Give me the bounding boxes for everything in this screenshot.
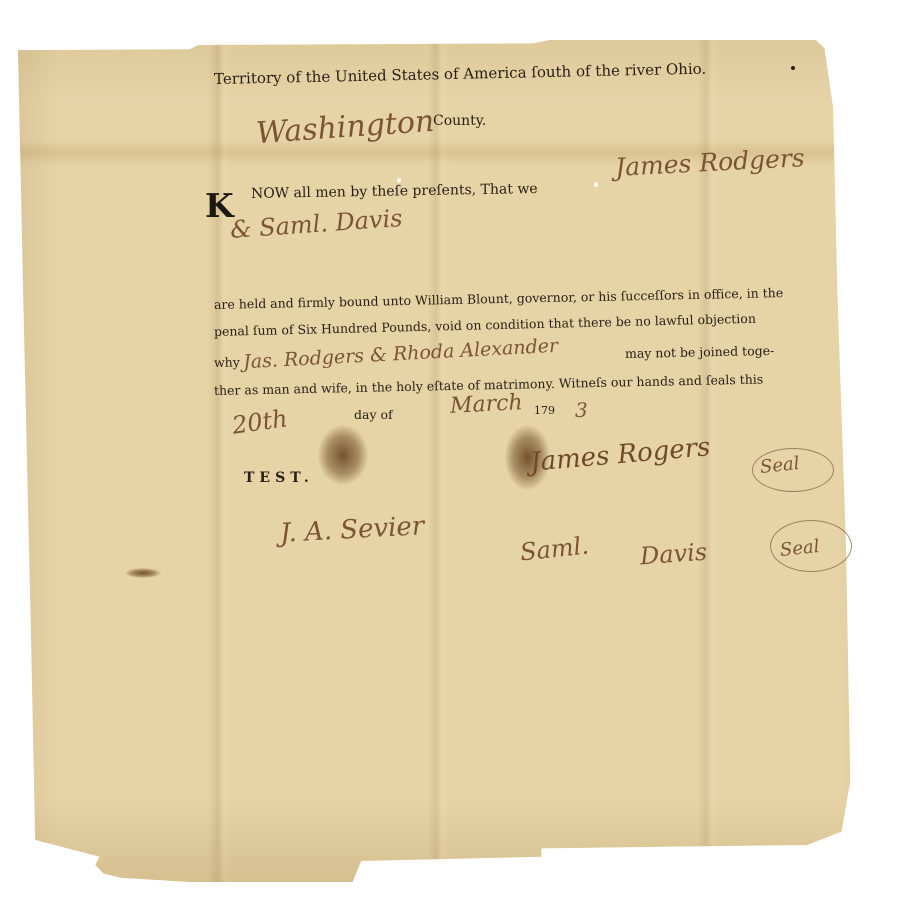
ink-dot [791, 66, 795, 70]
signature-surety-last: Davis [639, 538, 708, 571]
seal-label-1: Seal [759, 453, 800, 478]
ink-stain [125, 568, 161, 578]
test-label: TEST. [244, 470, 314, 486]
seal-label-2: Seal [779, 536, 820, 561]
paper-hole [594, 182, 598, 187]
handwritten-month: March [449, 390, 523, 419]
handwritten-year-digit: 3 [575, 398, 588, 422]
county-label: County. [433, 113, 486, 129]
paper-hole [397, 178, 401, 183]
bond-line-3-start: why [214, 354, 240, 370]
bond-line-3-end: may not be joined toge- [625, 343, 775, 361]
day-of-label: day of [354, 407, 393, 422]
ink-stain [318, 425, 368, 485]
year-prefix: 179 [534, 404, 555, 417]
